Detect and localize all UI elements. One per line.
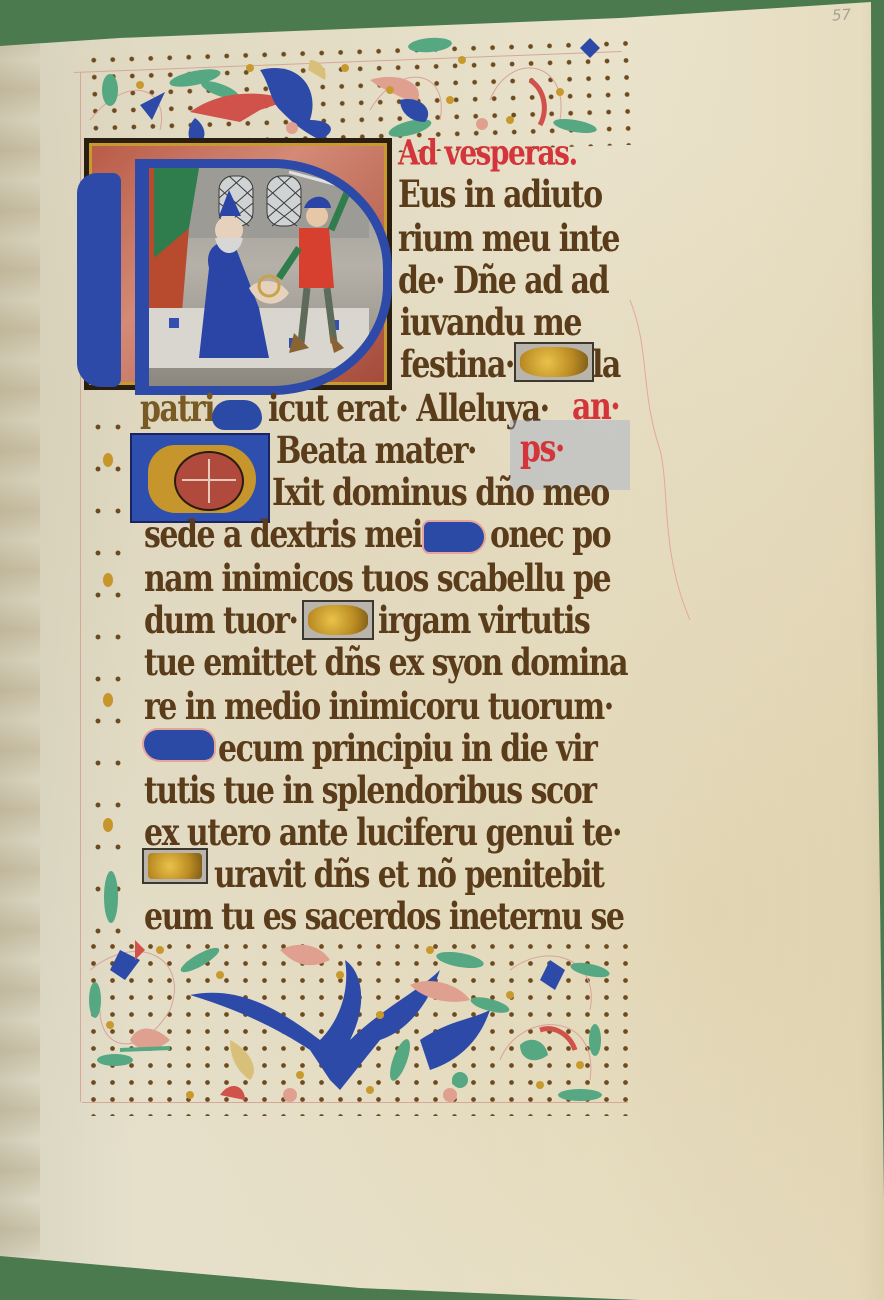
gold-initial-fill bbox=[520, 347, 588, 377]
rubric-heading: Ad vesperas. bbox=[398, 132, 577, 173]
blue-gold-initial-d bbox=[130, 433, 270, 523]
miniature-scene bbox=[135, 159, 392, 395]
gold-initial-v bbox=[302, 600, 374, 640]
text-line-16: ex utero ante luciferu genui te· bbox=[144, 811, 621, 855]
folio-number: 57 bbox=[831, 5, 851, 24]
initial-d-stem bbox=[77, 173, 121, 387]
text-line-9b: onec po bbox=[490, 513, 610, 557]
text-line-18: eum tu es sacerdos ineternu se bbox=[144, 895, 624, 939]
text-line-6b: icut erat· Alleluya· bbox=[268, 387, 549, 431]
gold-initial-i bbox=[142, 848, 208, 884]
text-line-11a: dum tuor· bbox=[144, 599, 297, 643]
text-line-11b: irgam virtutis bbox=[378, 599, 589, 643]
blue-initial-t bbox=[144, 730, 214, 760]
blue-initial-d-small bbox=[424, 522, 484, 552]
text-line-1: Eus in adiuto bbox=[398, 173, 602, 217]
text-line-5b: la bbox=[592, 343, 620, 387]
gold-initial-fill bbox=[308, 605, 368, 635]
text-line-8: Ixit dominus dño meo bbox=[272, 471, 609, 515]
foxing-stains bbox=[0, 0, 40, 1300]
initial-d-red-roundel bbox=[174, 451, 244, 511]
text-line-7a: Beata mater· bbox=[276, 429, 476, 473]
text-line-14: ecum principiu in die vir bbox=[218, 727, 596, 771]
text-line-4: iuvandu me bbox=[400, 301, 581, 345]
marginal-sketch-lines bbox=[620, 290, 710, 690]
text-line-5a: festina· bbox=[400, 343, 514, 387]
blue-initial-s bbox=[212, 400, 262, 430]
text-line-7-psalm: ps· bbox=[520, 427, 564, 471]
text-line-10: nam inimicos tuos scabellu pe bbox=[144, 557, 610, 601]
beheading-scene-illustration bbox=[149, 168, 369, 368]
bottom-border-foliage bbox=[80, 930, 630, 1110]
text-line-3: de· Dñe ad ad bbox=[398, 259, 608, 303]
text-line-13: re in medio inimicoru tuorum· bbox=[144, 685, 613, 729]
historiated-initial-miniature bbox=[84, 138, 392, 390]
gold-initial-g bbox=[514, 342, 594, 382]
initial-d-gold-bowl bbox=[148, 445, 256, 513]
gold-initial-fill bbox=[148, 853, 202, 879]
left-margin-leaf bbox=[96, 862, 126, 932]
text-line-6a: patri bbox=[140, 387, 214, 431]
text-line-2: rium meu inte bbox=[398, 217, 619, 261]
text-line-9a: sede a dextris meis bbox=[144, 513, 437, 557]
text-line-12: tue emittet dñs ex syon domina bbox=[144, 641, 627, 685]
text-line-15: tutis tue in splendoribus scor bbox=[144, 769, 596, 813]
left-margin-gold-dots bbox=[100, 430, 120, 850]
text-line-17: uravit dñs et nõ penitebit bbox=[214, 853, 603, 897]
